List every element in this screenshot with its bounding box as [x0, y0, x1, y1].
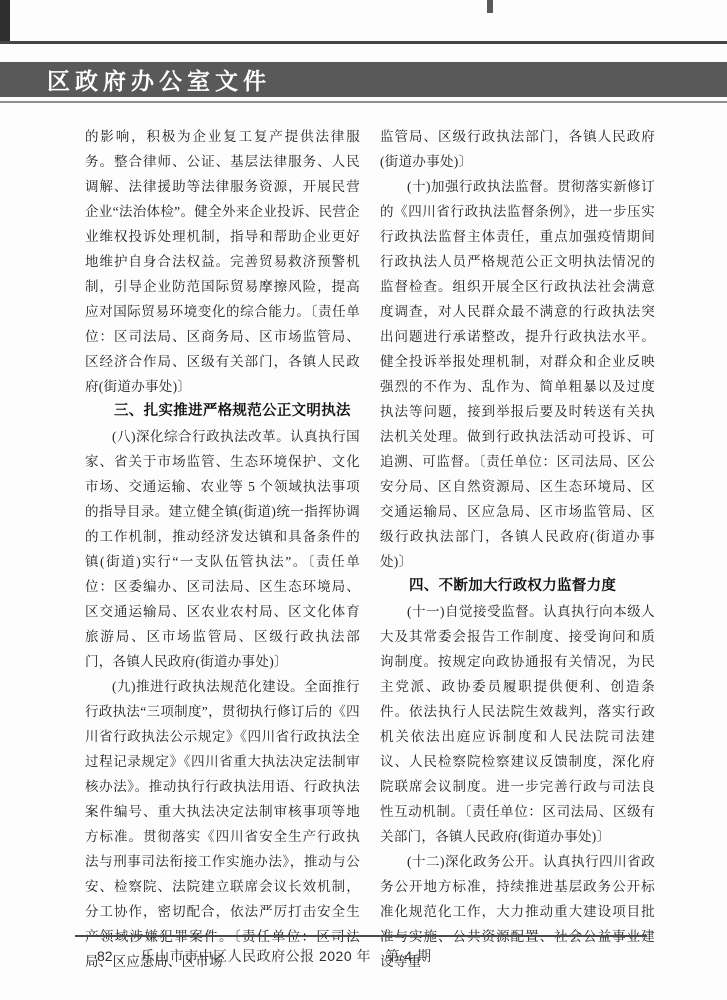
paragraph: 的影响，积极为企业复工复产提供法律服务。整合律师、公证、基层法律服务、人民调解、… [85, 124, 360, 399]
scan-artifact-tick [487, 0, 493, 13]
content-columns: 的影响，积极为企业复工复产提供法律服务。整合律师、公证、基层法律服务、人民调解、… [85, 124, 655, 974]
paragraph: (十)加强行政执法监督。贯彻落实新修订的《四川省行政执法监督条例》，进一步压实行… [380, 174, 655, 574]
footer: 82 乐山市市中区人民政府公报 2020 年 第 4 期 [97, 946, 432, 966]
paragraph: (九)推进行政执法规范化建设。全面推行行政执法“三项制度”，贯彻执行修订后的《四… [85, 674, 360, 974]
paragraph: (十一)自觉接受监督。认真执行向本级人大及其常委会报告工作制度、接受询问和质询制… [380, 599, 655, 849]
section-heading: 三、扎实推进严格规范公正文明执法 [85, 399, 360, 424]
footer-rule [75, 935, 647, 937]
publication-title: 乐山市市中区人民政府公报 2020 年 第 4 期 [141, 946, 432, 966]
paragraph: 监管局、区级行政执法部门，各镇人民政府(街道办事处)〕 [380, 124, 655, 174]
header-top-rule [0, 41, 727, 44]
page: { "header": { "title": "区政府办公室文件" }, "co… [0, 0, 727, 1000]
paragraph: (八)深化综合行政执法改革。认真执行国家、省关于市场监管、生态环境保护、文化市场… [85, 424, 360, 674]
page-number: 82 [97, 948, 113, 964]
header-title: 区政府办公室文件 [0, 63, 271, 96]
section-heading: 四、不断加大行政权力监督力度 [380, 574, 655, 599]
right-column: 监管局、区级行政执法部门，各镇人民政府(街道办事处)〕(十)加强行政执法监督。贯… [380, 124, 655, 974]
header-under-rule [0, 101, 727, 103]
scan-artifact-corner [0, 0, 10, 44]
left-column: 的影响，积极为企业复工复产提供法律服务。整合律师、公证、基层法律服务、人民调解、… [85, 124, 360, 974]
header-bar: 区政府办公室文件 [0, 62, 727, 97]
